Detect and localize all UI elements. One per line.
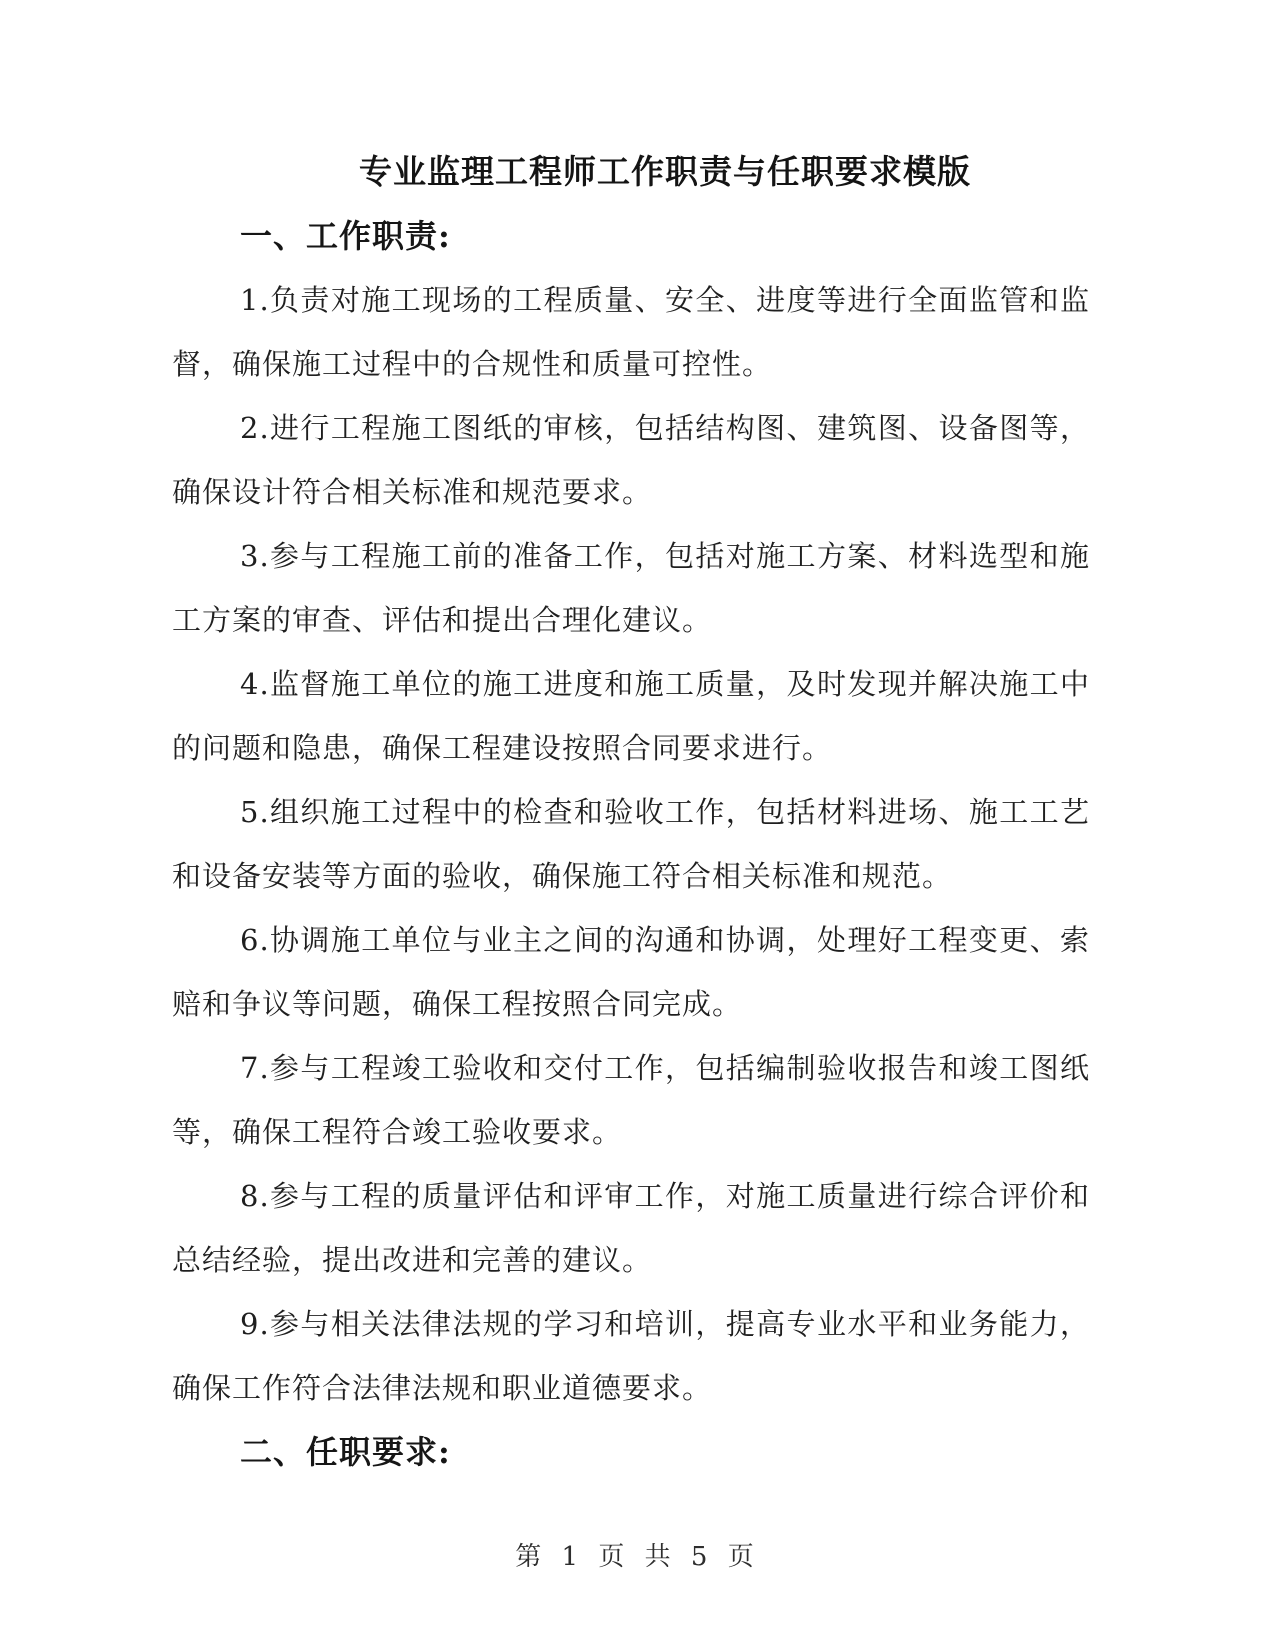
document-page: 专业监理工程师工作职责与任职要求模版 一、工作职责: 1.负责对施工现场的工程质… — [0, 0, 1275, 1650]
paragraph-responsibility-6: 6.协调施工单位与业主之间的沟通和协调，处理好工程变更、索赔和争议等问题，确保工… — [172, 908, 1090, 1036]
paragraph-responsibility-3: 3.参与工程施工前的准备工作，包括对施工方案、材料选型和施工方案的审查、评估和提… — [172, 524, 1090, 652]
paragraph-responsibility-4: 4.监督施工单位的施工进度和施工质量，及时发现并解决施工中的问题和隐患，确保工程… — [172, 652, 1090, 780]
paragraph-responsibility-1: 1.负责对施工现场的工程质量、安全、进度等进行全面监管和监督，确保施工过程中的合… — [172, 268, 1090, 396]
section-heading-requirements: 二、任职要求: — [172, 1420, 1090, 1484]
document-title: 专业监理工程师工作职责与任职要求模版 — [172, 140, 1090, 204]
page-footer: 第 1 页 共 5 页 — [0, 1536, 1275, 1573]
paragraph-responsibility-7: 7.参与工程竣工验收和交付工作，包括编制验收报告和竣工图纸等，确保工程符合竣工验… — [172, 1036, 1090, 1164]
section-heading-responsibilities: 一、工作职责: — [172, 204, 1090, 268]
paragraph-responsibility-5: 5.组织施工过程中的检查和验收工作，包括材料进场、施工工艺和设备安装等方面的验收… — [172, 780, 1090, 908]
paragraph-responsibility-2: 2.进行工程施工图纸的审核，包括结构图、建筑图、设备图等，确保设计符合相关标准和… — [172, 396, 1090, 524]
paragraph-responsibility-9: 9.参与相关法律法规的学习和培训，提高专业水平和业务能力，确保工作符合法律法规和… — [172, 1292, 1090, 1420]
paragraph-responsibility-8: 8.参与工程的质量评估和评审工作，对施工质量进行综合评价和总结经验，提出改进和完… — [172, 1164, 1090, 1292]
